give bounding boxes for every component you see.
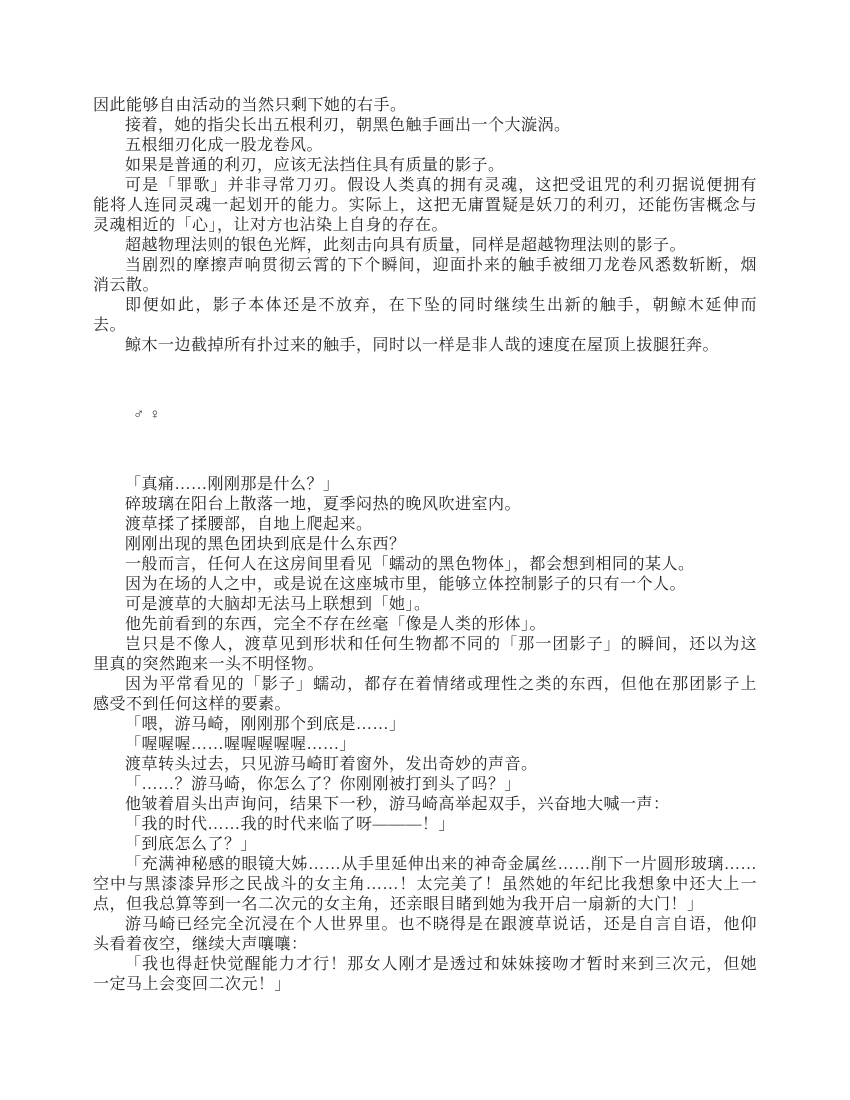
scene-break-gap-top [93,356,757,405]
text-line: 「真痛……刚刚那是什么？」 [93,475,757,495]
text-line: 「充满神秘感的眼镜大姊……从手里延伸出来的神奇金属丝……削下一片圆形玻璃……在 [93,855,757,875]
page-text-column: 因此能够自由活动的当然只剩下她的右手。接着，她的指尖长出五根利刃，朝黑色触手画出… [93,96,757,995]
text-line: 去。 [93,316,757,336]
text-line: 接着，她的指尖长出五根利刃，朝黑色触手画出一个大漩涡。 [93,116,757,136]
text-line: 一定马上会变回二次元！」 [93,975,757,995]
text-line: 能将人连同灵魂一起划开的能力。实际上，这把无庸置疑是妖刀的利刃，还能伤害概念与 [93,196,757,216]
text-line: 渡草转头过去，只见游马崎盯着窗外，发出奇妙的声音。 [93,755,757,775]
text-line: 游马崎已经完全沉浸在个人世界里。也不晓得是在跟渡草说话，还是自言自语，他仰 [93,915,757,935]
text-line: 因此能够自由活动的当然只剩下她的右手。 [93,96,757,116]
novel-page: 因此能够自由活动的当然只剩下她的右手。接着，她的指尖长出五根利刃，朝黑色触手画出… [0,0,850,1100]
text-line: 因为在场的人之中，或是说在这座城市里，能够立体控制影子的只有一个人。 [93,575,757,595]
section-before-break: 因此能够自由活动的当然只剩下她的右手。接着，她的指尖长出五根利刃，朝黑色触手画出… [93,96,757,356]
text-line: 岂只是不像人，渡草见到形状和任何生物都不同的「那一团影子」的瞬间，还以为这 [93,635,757,655]
text-line: 感受不到任何这样的要素。 [93,695,757,715]
text-line: 里真的突然跑来一头不明怪物。 [93,655,757,675]
text-line: 「喂，游马崎，刚刚那个到底是……」 [93,715,757,735]
text-line: 「到底怎么了？」 [93,835,757,855]
scene-break-marker: ♂♀ [93,405,757,425]
text-line: 碎玻璃在阳台上散落一地，夏季闷热的晚风吹进室内。 [93,495,757,515]
text-line: 可是渡草的大脑却无法马上联想到「她」。 [93,595,757,615]
text-line: 他皱着眉头出声询问，结果下一秒，游马崎高举起双手，兴奋地大喊一声： [93,795,757,815]
text-line: 鲸木一边截掉所有扑过来的触手，同时以一样是非人哉的速度在屋顶上拔腿狂奔。 [93,336,757,356]
text-line: 空中与黑漆漆异形之民战斗的女主角……！太完美了！虽然她的年纪比我想象中还大上一 [93,875,757,895]
text-line: 即便如此，影子本体还是不放弃，在下坠的同时继续生出新的触手，朝鲸木延伸而 [93,296,757,316]
text-line: 消云散。 [93,276,757,296]
text-line: 一般而言，任何人在这房间里看见「蠕动的黑色物体」，都会想到相同的某人。 [93,555,757,575]
text-line: 当剧烈的摩擦声响贯彻云霄的下个瞬间，迎面扑来的触手被细刀龙卷风悉数斩断，烟 [93,256,757,276]
text-line: 「我的时代……我的时代来临了呀———！」 [93,815,757,835]
scene-break-gap-bottom [93,425,757,475]
text-line: 因为平常看见的「影子」蠕动，都存在着情绪或理性之类的东西，但他在那团影子上 [93,675,757,695]
text-line: 「……？游马崎，你怎么了？你刚刚被打到头了吗？」 [93,775,757,795]
text-line: 「喔喔喔……喔喔喔喔喔……」 [93,735,757,755]
text-line: 点，但我总算等到一名二次元的女主角，还亲眼目睹到她为我开启一扇新的大门！」 [93,895,757,915]
text-line: 可是「罪歌」并非寻常刀刃。假设人类真的拥有灵魂，这把受诅咒的利刃据说便拥有 [93,176,757,196]
text-line: 头看着夜空，继续大声嚷嚷： [93,935,757,955]
text-line: 「我也得赶快觉醒能力才行！那女人刚才是透过和妹妹接吻才暂时来到三次元，但她 [93,955,757,975]
text-line: 刚刚出现的黑色团块到底是什么东西？ [93,535,757,555]
text-line: 灵魂相近的「心」，让对方也沾染上自身的存在。 [93,216,757,236]
text-line: 如果是普通的利刃，应该无法挡住具有质量的影子。 [93,156,757,176]
section-after-break: 「真痛……刚刚那是什么？」碎玻璃在阳台上散落一地，夏季闷热的晚风吹进室内。渡草揉… [93,475,757,995]
text-line: 五根细刃化成一股龙卷风。 [93,136,757,156]
text-line: 渡草揉了揉腰部，自地上爬起来。 [93,515,757,535]
text-line: 他先前看到的东西，完全不存在丝毫「像是人类的形体」。 [93,615,757,635]
text-line: 超越物理法则的银色光辉，此刻击向具有质量，同样是超越物理法则的影子。 [93,236,757,256]
